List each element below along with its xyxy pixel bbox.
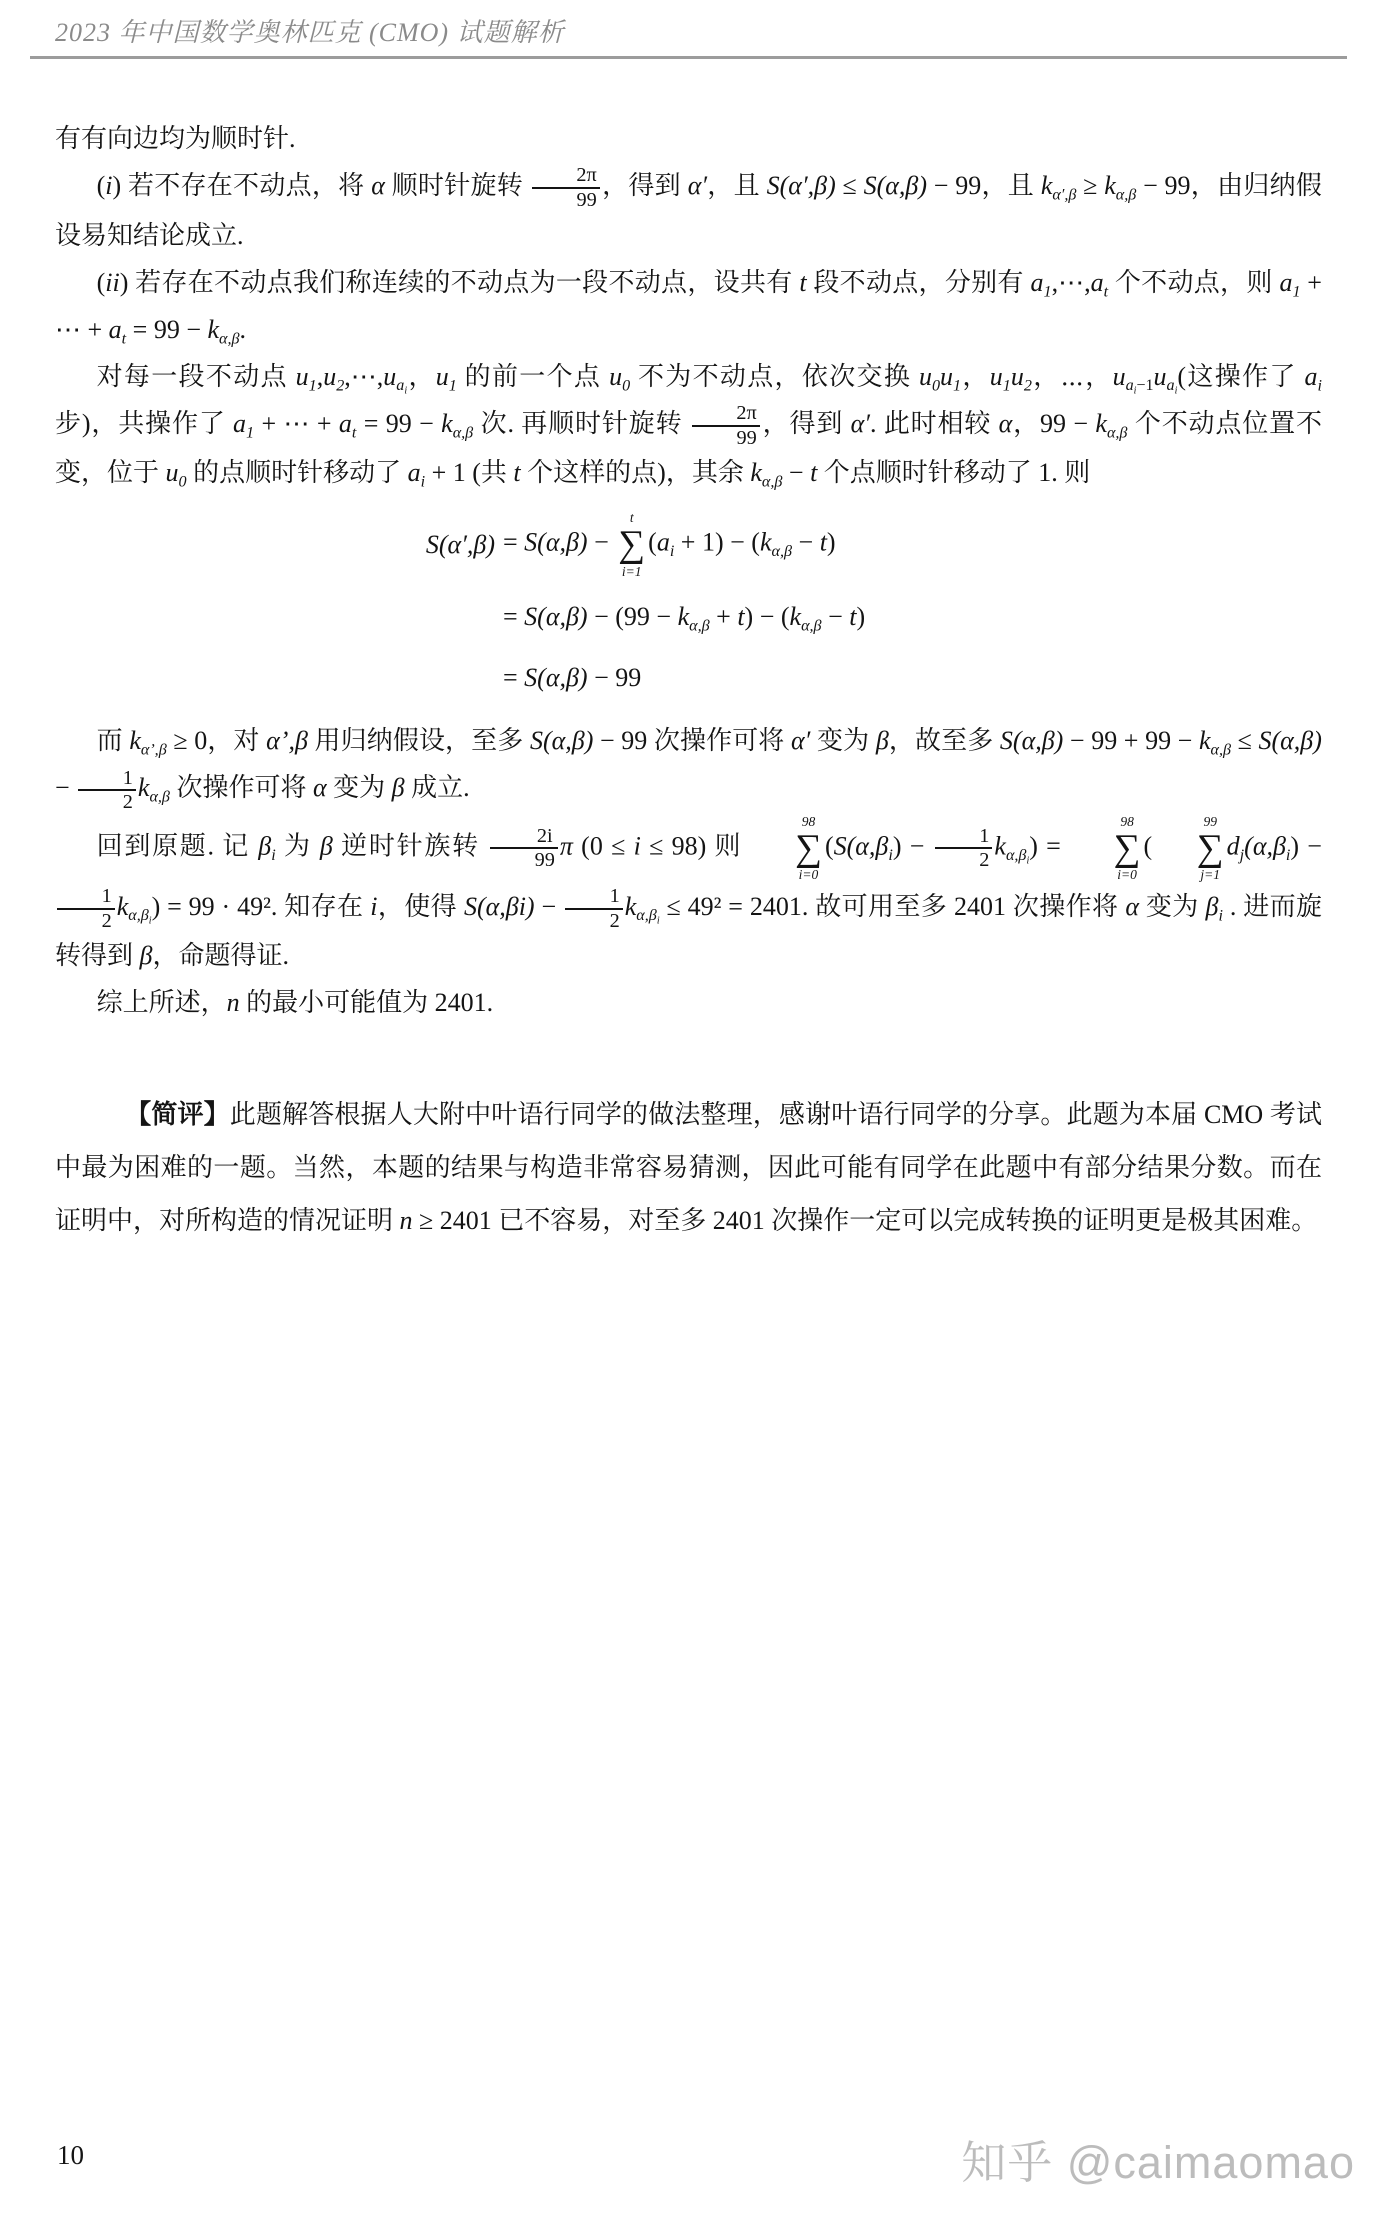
zhihu-watermark: 知乎 @caimaomao: [961, 2126, 1355, 2191]
equation-rhs: = S(α,β) − (99 − kα,β + t) − (kα,β − t): [503, 593, 865, 640]
equation-row-3: = S(α,β) − 99: [390, 654, 1322, 701]
page-number: 10: [57, 2140, 84, 2171]
document-page: 2023 年中国数学奥林匹克 (CMO) 试题解析 有有向边均为顺时针. (i)…: [0, 0, 1377, 2226]
equation-rhs: = S(α,β) − 99: [503, 654, 641, 701]
paragraph-swap-operations: 对每一段不动点 u1,u2,⋯,uai，u1 的前一个点 u0 不为不动点，依次…: [55, 353, 1322, 497]
equation-row-2: = S(α,β) − (99 − kα,β + t) − (kα,β − t): [390, 593, 1322, 640]
header-rule: [30, 56, 1347, 59]
equation-lhs: S(α′,β): [390, 521, 503, 568]
paragraph-back-to-problem: 回到原题. 记 βi 为 β 逆时针族转 2i99π (0 ≤ i ≤ 98) …: [55, 814, 1322, 980]
page-header: 2023 年中国数学奥林匹克 (CMO) 试题解析: [55, 0, 1322, 59]
equation-block: S(α′,β) = S(α,β) − t∑i=1(ai + 1) − (kα,β…: [390, 510, 1322, 701]
equation-rhs: = S(α,β) − t∑i=1(ai + 1) − (kα,β − t): [503, 510, 836, 579]
equation-row-1: S(α′,β) = S(α,β) − t∑i=1(ai + 1) − (kα,β…: [390, 510, 1322, 579]
paragraph-commentary: 【简评】此题解答根据人大附中叶语行同学的做法整理，感谢叶语行同学的分享。此题为本…: [55, 1088, 1322, 1247]
paragraph-induction-conclusion: 而 kα’,β ≥ 0，对 α’,β 用归纳假设，至多 S(α,β) − 99 …: [55, 717, 1322, 814]
solution-text: 有有向边均为顺时针. (i) 若不存在不动点，将 α 顺时针旋转 2π99，得到…: [55, 115, 1322, 1247]
paragraph-case-ii: (ii) 若存在不动点我们称连续的不动点为一段不动点，设共有 t 段不动点，分别…: [55, 259, 1322, 353]
header-title: 2023 年中国数学奥林匹克 (CMO) 试题解析: [55, 12, 1322, 49]
paragraph-final-answer: 综上所述，n 的最小可能值为 2401.: [55, 979, 1322, 1026]
paragraph-clockwise-note: 有有向边均为顺时针.: [55, 115, 1322, 162]
paragraph-case-i: (i) 若不存在不动点，将 α 顺时针旋转 2π99，得到 α′，且 S(α′,…: [55, 162, 1322, 259]
